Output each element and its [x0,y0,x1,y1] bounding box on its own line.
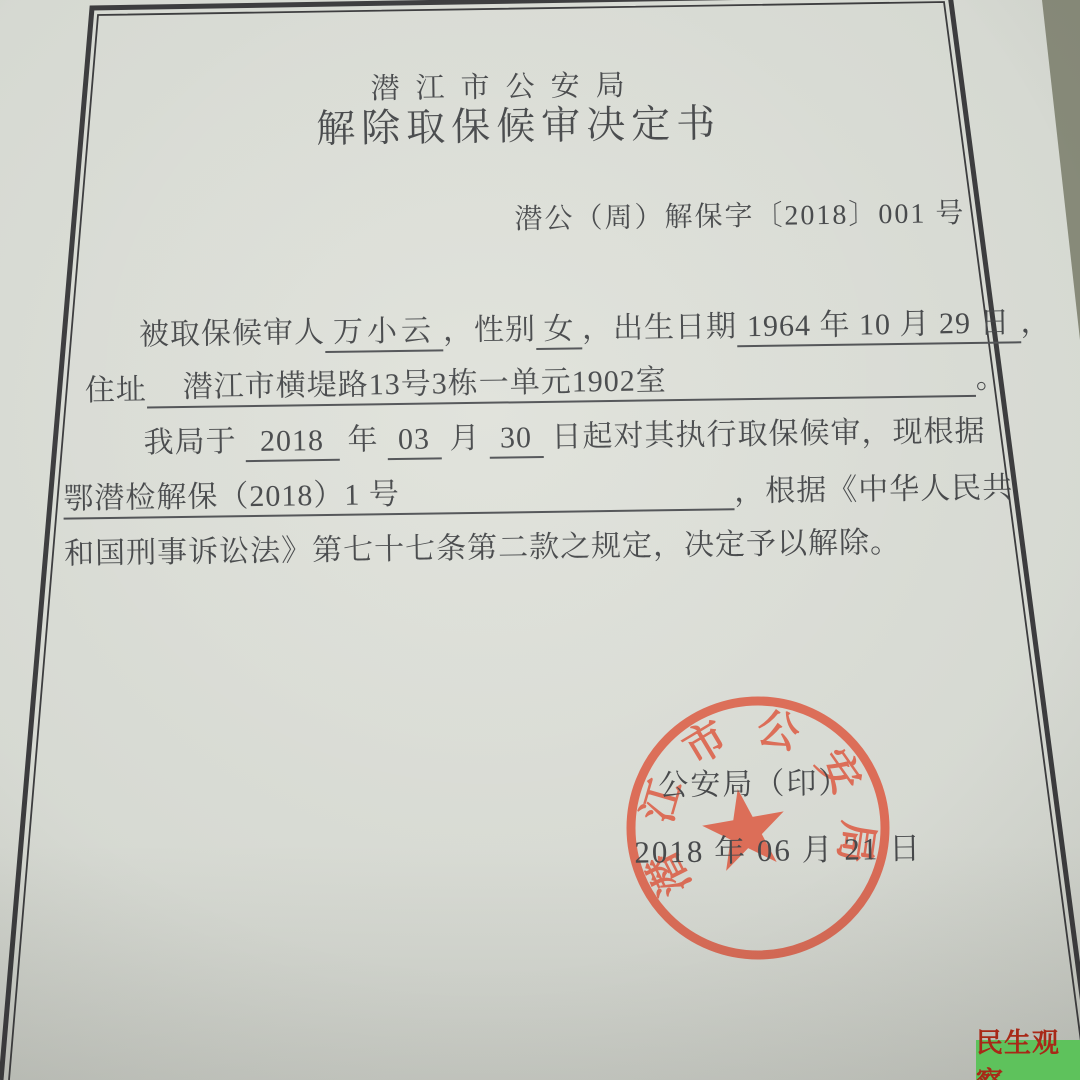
birth-label: ，出生日期 [582,310,737,345]
month-unit: 月 [449,422,480,455]
gender-label: ，性别 [443,313,536,347]
day-fill: 30 [489,421,544,458]
document-number: 潜公（周）解保字〔2018〕001 号 [514,197,965,236]
line-address: 住址潜江市横堤路13号3栋一单元1902室。 [85,359,1007,408]
birth-date-fill: 1964 年 10 月 29 日 [737,306,1021,346]
reference-suffix: ，根据《中华人民共 [734,471,1013,510]
issuer-signature: 公安局（印） [658,766,850,804]
bail-prefix: 我局于 [143,425,236,459]
line-reference: 鄂潜检解保（2018）1 号，根据《中华人民共 [63,469,1013,519]
year-unit: 年 [347,423,378,456]
bail-suffix: 日起对其执行取保候审，现根据 [551,415,985,454]
watermark-badge: 民生观察 [976,1040,1080,1080]
period: 。 [975,361,1006,397]
reference-number-fill: 鄂潜检解保（2018）1 号 [63,473,734,519]
year-fill: 2018 [245,424,340,462]
comma: ， [1020,306,1051,339]
gender-fill: 女 [536,312,583,349]
line-person: 被取保候审人万小云，性别女，出生日期1964 年 10 月 29 日， [139,305,1052,355]
document-text-layer: 潜江市公安局 解除取保候审决定书 潜公（周）解保字〔2018〕001 号 被取保… [0,0,1080,1080]
address-label: 住址 [85,373,147,409]
person-label: 被取保候审人 [139,316,325,352]
issue-date: 2018 年 06 月 21 日 [634,831,922,872]
line-bail-start: 我局于 2018 年 03 月 30 日起对其执行取保候审，现根据 [143,414,985,463]
line-legal-basis: 和国刑事诉讼法》第七十七条第二款之规定，决定予以解除。 [64,525,901,572]
person-name-fill: 万小云 [325,314,443,352]
address-fill: 潜江市横堤路13号3栋一单元1902室 [147,360,976,408]
month-fill: 03 [387,422,442,459]
document-photo: ★ 潜 江 市 公 安 局 潜江市公安局 解除取保候审决定书 潜公（周）解保字〔… [0,0,1080,1080]
